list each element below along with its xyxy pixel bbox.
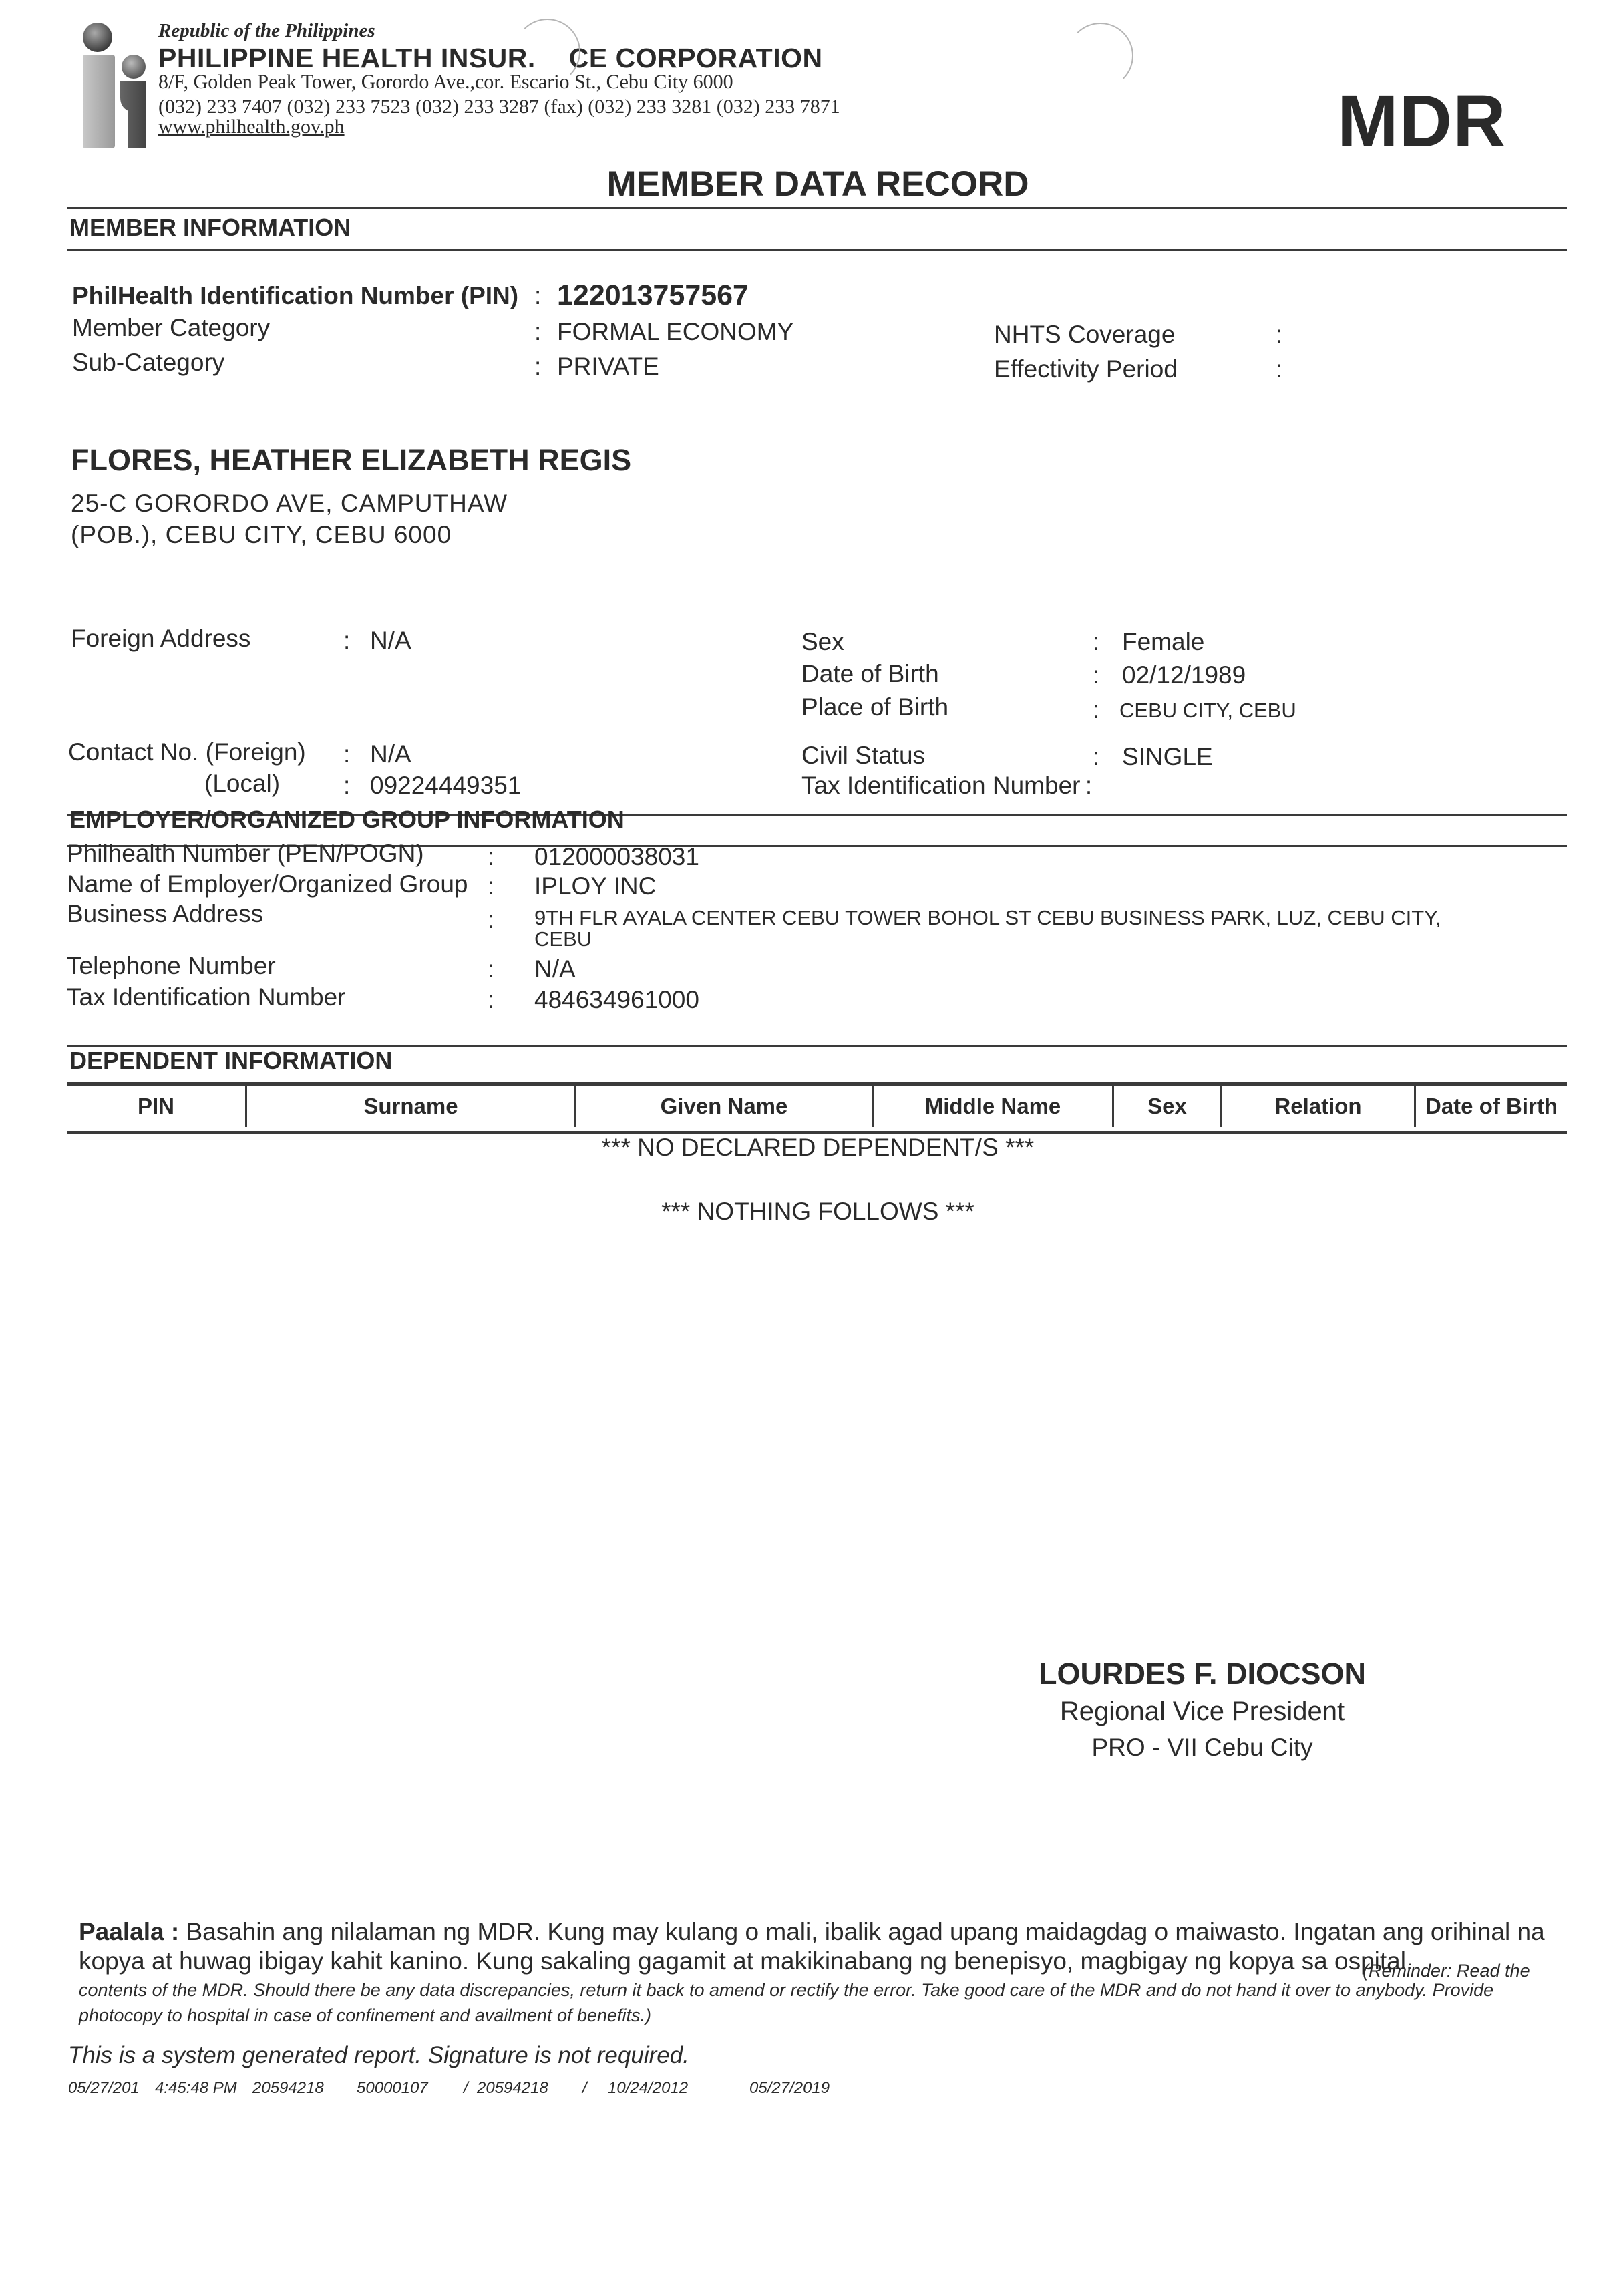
colon: : xyxy=(534,282,541,310)
dependents-table-header: PIN Surname Given Name Middle Name Sex R… xyxy=(67,1082,1567,1134)
footer-code-2: 50000107 xyxy=(357,2079,428,2098)
reminder-text-english: contents of the MDR. Should there be any… xyxy=(79,1977,1582,2028)
contact-local-label: (Local) xyxy=(204,770,280,798)
colon: : xyxy=(343,772,350,800)
pin-value: 122013757567 xyxy=(557,279,749,312)
business-address-line1: 9TH FLR AYALA CENTER CEBU TOWER BOHOL ST… xyxy=(534,906,1441,930)
pen-value: 012000038031 xyxy=(534,843,699,871)
pen-label: Philhealth Number (PEN/POGN) xyxy=(67,840,424,868)
place-of-birth-label: Place of Birth xyxy=(801,693,948,721)
colon: : xyxy=(1276,321,1282,349)
colon: : xyxy=(488,872,494,900)
sub-category-value: PRIVATE xyxy=(557,353,659,381)
colon: : xyxy=(488,843,494,871)
signatory-title: Regional Vice President xyxy=(968,1697,1436,1727)
civil-status-label: Civil Status xyxy=(801,742,925,770)
business-address-line2: CEBU xyxy=(534,927,592,951)
section-title-member-information: MEMBER INFORMATION xyxy=(69,214,351,242)
colon: : xyxy=(1093,661,1099,689)
member-tin-label: Tax Identification Number : xyxy=(801,772,1099,800)
column-header-pin: PIN xyxy=(67,1086,247,1127)
pin-label: PhilHealth Identification Number (PIN) xyxy=(72,282,518,310)
punch-hole-mark xyxy=(514,19,580,85)
member-address-line1: 25-C GORORDO AVE, CAMPUTHAW xyxy=(71,490,508,518)
civil-status-value: SINGLE xyxy=(1122,743,1213,771)
sex-label: Sex xyxy=(801,628,844,656)
colon: : xyxy=(488,906,494,934)
sex-value: Female xyxy=(1122,628,1204,656)
date-of-birth-value: 02/12/1989 xyxy=(1122,661,1246,689)
reminder-label: Paalala : xyxy=(79,1918,179,1945)
employer-tin-value: 484634961000 xyxy=(534,986,699,1014)
page-title: MEMBER DATA RECORD xyxy=(0,164,1609,204)
footer-date-2: 10/24/2012 xyxy=(608,2079,688,2098)
business-address-label: Business Address xyxy=(67,900,263,928)
foreign-address-value: N/A xyxy=(370,627,411,655)
philhealth-logo-icon xyxy=(79,19,152,152)
colon: : xyxy=(1093,696,1099,724)
divider xyxy=(67,207,1567,209)
column-header-surname: Surname xyxy=(247,1086,576,1127)
print-time: 4:45:48 PM xyxy=(155,2079,237,2098)
employer-phone-label: Telephone Number xyxy=(67,952,276,980)
member-address-line2: (POB.), CEBU CITY, CEBU 6000 xyxy=(71,521,452,549)
footer-code-1: 20594218 xyxy=(252,2079,324,2098)
signatory-block: LOURDES F. DIOCSON Regional Vice Preside… xyxy=(968,1657,1436,1762)
section-title-dependent-information: DEPENDENT INFORMATION xyxy=(69,1047,392,1075)
column-header-date-of-birth: Date of Birth xyxy=(1416,1086,1567,1127)
punch-hole-mark xyxy=(1067,23,1133,89)
column-header-given-name: Given Name xyxy=(576,1086,874,1127)
employer-name-label: Name of Employer/Organized Group xyxy=(67,870,468,898)
republic-label: Republic of the Philippines xyxy=(158,20,375,42)
colon: : xyxy=(534,353,541,381)
colon: : xyxy=(488,955,494,983)
footer-date-3: 05/27/2019 xyxy=(749,2079,830,2098)
member-category-value: FORMAL ECONOMY xyxy=(557,318,793,346)
employer-phone-value: N/A xyxy=(534,955,576,983)
colon: : xyxy=(1276,355,1282,383)
signatory-office: PRO - VII Cebu City xyxy=(968,1734,1436,1762)
employer-name-value: IPLOY INC xyxy=(534,872,656,900)
corporation-name-right: CE CORPORATION xyxy=(569,43,823,73)
signatory-name: LOURDES F. DIOCSON xyxy=(968,1657,1436,1691)
contact-foreign-label: Contact No. (Foreign) xyxy=(68,738,306,766)
print-date: 05/27/201 xyxy=(68,2079,140,2098)
column-header-sex: Sex xyxy=(1114,1086,1222,1127)
office-phones: (032) 233 7407 (032) 233 7523 (032) 233 … xyxy=(158,96,840,118)
column-header-middle-name: Middle Name xyxy=(874,1086,1114,1127)
contact-local-value: 09224449351 xyxy=(370,772,521,800)
nothing-follows-message: *** NOTHING FOLLOWS *** xyxy=(0,1198,1609,1226)
member-full-name: FLORES, HEATHER ELIZABETH REGIS xyxy=(71,443,631,478)
colon: : xyxy=(1093,743,1099,771)
colon: : xyxy=(488,986,494,1014)
form-code: MDR xyxy=(1337,79,1507,164)
colon: : xyxy=(1093,628,1099,656)
footer-code-3: 20594218 xyxy=(477,2079,548,2098)
colon: : xyxy=(343,627,350,655)
section-title-employer-information: EMPLOYER/ORGANIZED GROUP INFORMATION xyxy=(69,806,624,834)
corporation-name: PHILIPPINE HEALTH INSUR.CE CORPORATION xyxy=(158,43,823,74)
footer-separator: / xyxy=(464,2079,468,2098)
divider xyxy=(67,249,1567,251)
contact-foreign-value: N/A xyxy=(370,740,411,768)
date-of-birth-label: Date of Birth xyxy=(801,660,939,688)
colon: : xyxy=(534,318,541,346)
footer-separator: / xyxy=(582,2079,587,2098)
colon: : xyxy=(343,740,350,768)
effectivity-period-label: Effectivity Period xyxy=(994,355,1178,383)
place-of-birth-value: CEBU CITY, CEBU xyxy=(1119,699,1296,723)
member-category-label: Member Category xyxy=(72,314,270,342)
column-header-relation: Relation xyxy=(1222,1086,1416,1127)
reminder-tagalog: Paalala : Basahin ang nilalaman ng MDR. … xyxy=(79,1917,1582,1976)
corporation-name-left: PHILIPPINE HEALTH INSUR. xyxy=(158,43,536,73)
nhts-coverage-label: NHTS Coverage xyxy=(994,321,1175,349)
sub-category-label: Sub-Category xyxy=(72,349,224,377)
employer-tin-label: Tax Identification Number xyxy=(67,983,345,1011)
website-link[interactable]: www.philhealth.gov.ph xyxy=(158,116,345,138)
member-tin-label-text: Tax Identification Number xyxy=(801,772,1080,799)
foreign-address-label: Foreign Address xyxy=(71,625,250,653)
no-dependents-message: *** NO DECLARED DEPENDENT/S *** xyxy=(0,1134,1609,1162)
reminder-text-tagalog: Basahin ang nilalaman ng MDR. Kung may k… xyxy=(79,1918,1545,1975)
system-generated-note: This is a system generated report. Signa… xyxy=(68,2042,689,2069)
office-address: 8/F, Golden Peak Tower, Gorordo Ave.,cor… xyxy=(158,71,733,94)
